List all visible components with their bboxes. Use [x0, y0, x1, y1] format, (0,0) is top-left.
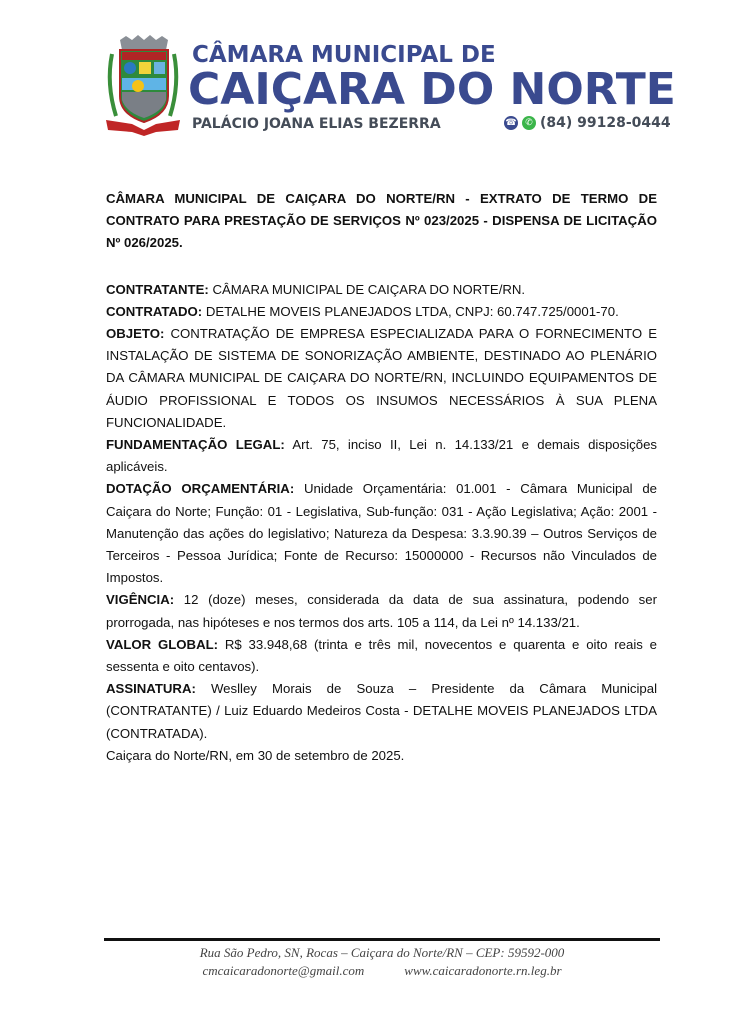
section-text: CÂMARA MUNICIPAL DE CAIÇARA DO NORTE/RN. — [209, 282, 525, 297]
phone-icon: ☎ — [504, 116, 518, 130]
document-body: CÂMARA MUNICIPAL DE CAIÇARA DO NORTE/RN … — [106, 188, 657, 767]
closing-date: Caiçara do Norte/RN, em 30 de setembro d… — [106, 745, 657, 767]
whatsapp-icon: ✆ — [522, 116, 536, 130]
section-label: DOTAÇÃO ORÇAMENTÁRIA: — [106, 481, 294, 496]
section-label: VIGÊNCIA: — [106, 592, 174, 607]
letterhead: CÂMARA MUNICIPAL DE CAIÇARA DO NORTE PAL… — [100, 34, 670, 138]
coat-of-arms-icon — [102, 34, 184, 136]
section-contratado: CONTRATADO: DETALHE MOVEIS PLANEJADOS LT… — [106, 301, 657, 323]
header-phone: ☎ ✆ (84) 99128-0444 — [504, 115, 671, 131]
phone-number: (84) 99128-0444 — [540, 115, 671, 131]
section-dotacao: DOTAÇÃO ORÇAMENTÁRIA: Unidade Orçamentár… — [106, 478, 657, 589]
section-valor-global: VALOR GLOBAL: R$ 33.948,68 (trinta e trê… — [106, 634, 657, 678]
section-label: OBJETO: — [106, 326, 164, 341]
section-label: CONTRATANTE: — [106, 282, 209, 297]
section-text: 12 (doze) meses, considerada da data de … — [106, 592, 657, 629]
section-vigencia: VIGÊNCIA: 12 (doze) meses, considerada d… — [106, 589, 657, 633]
section-contratante: CONTRATANTE: CÂMARA MUNICIPAL DE CAIÇARA… — [106, 279, 657, 301]
section-fundamentacao: FUNDAMENTAÇÃO LEGAL: Art. 75, inciso II,… — [106, 434, 657, 478]
document-title: CÂMARA MUNICIPAL DE CAIÇARA DO NORTE/RN … — [106, 188, 657, 255]
footer: Rua São Pedro, SN, Rocas – Caiçara do No… — [104, 944, 660, 980]
section-text: DETALHE MOVEIS PLANEJADOS LTDA, CNPJ: 60… — [202, 304, 619, 319]
section-label: VALOR GLOBAL: — [106, 637, 218, 652]
section-assinatura: ASSINATURA: Weslley Morais de Souza – Pr… — [106, 678, 657, 745]
footer-divider — [104, 938, 660, 941]
section-text: Unidade Orçamentária: 01.001 - Câmara Mu… — [106, 481, 657, 585]
header-line2: CAIÇARA DO NORTE — [188, 64, 676, 116]
section-label: ASSINATURA: — [106, 681, 196, 696]
footer-email[interactable]: cmcaicaradonorte@gmail.com — [203, 962, 365, 980]
section-label: CONTRATADO: — [106, 304, 202, 319]
section-label: FUNDAMENTAÇÃO LEGAL: — [106, 437, 285, 452]
section-objeto: OBJETO: CONTRATAÇÃO DE EMPRESA ESPECIALI… — [106, 323, 657, 434]
footer-website[interactable]: www.caicaradonorte.rn.leg.br — [404, 962, 561, 980]
footer-address: Rua São Pedro, SN, Rocas – Caiçara do No… — [104, 944, 660, 962]
header-line3: PALÁCIO JOANA ELIAS BEZERRA — [192, 116, 441, 132]
section-text: CONTRATAÇÃO DE EMPRESA ESPECIALIZADA PAR… — [106, 326, 657, 430]
